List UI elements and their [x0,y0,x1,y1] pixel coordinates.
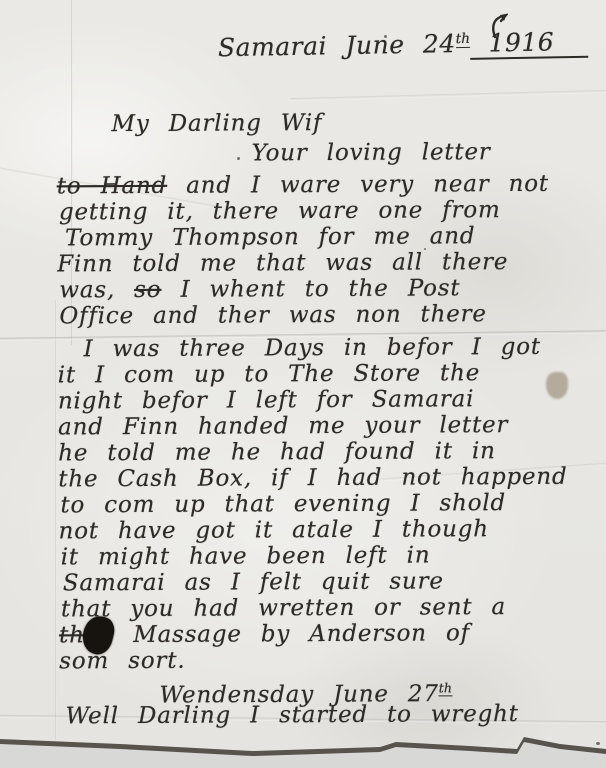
letter-line: it I com up to The Store the [58,360,598,389]
letter-text-segment: night befor I left for Samarai [58,386,475,414]
letter-line: he told me he had found it in [58,438,598,467]
letter-text-segment: so [134,277,161,303]
letter-text-segment: to com up that evening I shold [60,490,506,518]
letter-line: Your loving letter [252,139,597,167]
letter-text-segment: and Finn handed me your letter [58,412,508,440]
letter-line: to com up that evening I shold [60,490,598,519]
letter-text-segment: Massage by Anderson of [133,620,470,648]
letter-line: and Finn handed me your letter [58,412,598,441]
letter-line: My Darling Wif [111,109,596,138]
letter-text-segment: he told me he had found it in [58,438,496,466]
letter-text-segment: it might have been left in [61,542,431,570]
letter-text-segment: Office and ther was non there [59,301,486,329]
letter-line: Office and ther was non there [59,301,597,330]
letter-text-segment: not have got it atale I though [59,516,489,544]
letter-text-segment: I was three Days in befor I got [84,334,541,362]
letter-text-segment: to Hand [57,173,167,200]
letter-line: Finn told me that was all there [57,249,597,278]
letter-line: I was three Days in befor I got [84,334,598,363]
letter-line: Samarai as I felt quit sure [63,568,599,597]
letter-text-segment: I whent to the Post [161,275,460,303]
ink-speck [596,742,600,745]
date-line: Samarai June 24th 1916 [218,27,589,62]
letter-line: it might have been left in [61,542,599,571]
letter-text-segment: Finn told me that was all there [57,249,508,277]
letter-text-segment: it I com up to The Store the [58,360,480,388]
letter-line: that you had wretten or sent a [61,594,599,623]
letter-text-segment: the Cash Box, if I had not happend [58,464,567,493]
letter-line: not have got it atale I though [59,516,599,545]
letter-text-segment: th [439,680,452,696]
letter-line: theMassage by Anderson of [59,620,599,649]
letter-line: som sort. [59,646,599,675]
letter-text-segment: getting it, there ware one from [59,197,501,225]
letter-text-segment: som sort. [59,648,185,675]
letter-line: Tommy Thompson for me and [65,223,597,252]
letter-text-segment: My Darling Wif [111,110,322,137]
letter-text-segment: Your loving letter [252,139,491,166]
letter-line: the Cash Box, if I had not happend [58,464,598,493]
letter-line: getting it, there ware one from [59,197,597,226]
letter-text-segment: Tommy Thompson for me and [65,223,475,251]
scanned-letter-page: Samarai June 24th 1916 My Darling WifYou… [0,0,606,768]
letter-line: night befor I left for Samarai [58,386,598,415]
letter-text-segment: Samarai June 24 [218,29,456,62]
letter-text-segment: that you had wretten or sent a [61,594,506,622]
letter-line: to Hand and I ware very near not [57,171,597,200]
letter-body: My Darling WifYour loving letterto Hand … [56,109,599,730]
letter-line: was, so I whent to the Post [59,275,597,304]
letter-text-segment: Well Darling I started to wreght [65,701,518,729]
letter-text-segment: 1916 [470,27,589,60]
letter-text-segment: th [455,31,470,48]
letter-text-segment: Samarai as I felt quit sure [63,568,444,596]
letter-line: Wendensday June 27th [159,675,599,703]
letter-line: Well Darling I started to wreght [65,701,599,730]
letter-text-segment: was, [59,277,134,303]
letter-text-segment: and I ware very near not [167,171,549,199]
